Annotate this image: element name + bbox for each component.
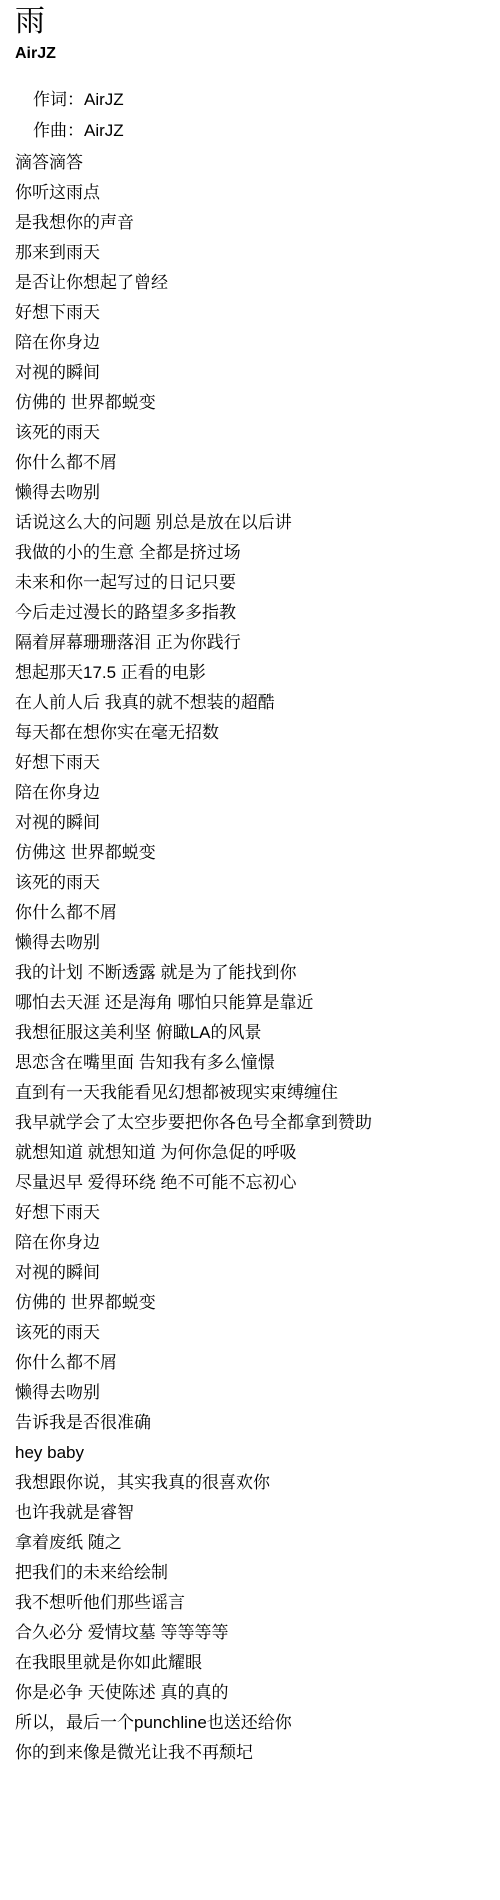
lyric-line: 隔着屏幕珊珊落泪 正为你践行 [15, 628, 490, 658]
lyric-line: 你什么都不屑 [15, 448, 490, 478]
lyric-line: 对视的瞬间 [15, 358, 490, 388]
artist-name: AirJZ [15, 44, 490, 64]
lyric-line: 也许我就是睿智 [15, 1498, 490, 1528]
lyric-line: 把我们的未来给绘制 [15, 1558, 490, 1588]
lyric-line: 好想下雨天 [15, 1198, 490, 1228]
lyric-line: 仿佛的 世界都蜕变 [15, 388, 490, 418]
lyric-line: 就想知道 就想知道 为何你急促的呼吸 [15, 1138, 490, 1168]
lyric-line: 陪在你身边 [15, 1228, 490, 1258]
lyric-line: 对视的瞬间 [15, 1258, 490, 1288]
lyric-line: 仿佛的 世界都蜕变 [15, 1288, 490, 1318]
lyric-line: 懒得去吻别 [15, 478, 490, 508]
lyric-line: 每天都在想你实在毫无招数 [15, 718, 490, 748]
lyric-line: 懒得去吻别 [15, 1378, 490, 1408]
lyric-line: 是我想你的声音 [15, 208, 490, 238]
lyric-line: 该死的雨天 [15, 868, 490, 898]
lyric-line: 今后走过漫长的路望多多指教 [15, 598, 490, 628]
lyric-line: hey baby [15, 1438, 490, 1468]
lyric-line: 话说这么大的问题 别总是放在以后讲 [15, 508, 490, 538]
lyric-line: 合久必分 爱情坟墓 等等等等 [15, 1618, 490, 1648]
lyric-line: 我想跟你说，其实我真的很喜欢你 [15, 1468, 490, 1498]
lyric-line: 未来和你一起写过的日记只要 [15, 568, 490, 598]
lyric-line: 哪怕去天涯 还是海角 哪怕只能算是靠近 [15, 988, 490, 1018]
lyric-line: 拿着废纸 随之 [15, 1528, 490, 1558]
lyric-line: 该死的雨天 [15, 418, 490, 448]
lyrics-page: 雨 AirJZ 作词：AirJZ 作曲：AirJZ 滴答滴答你听这雨点是我想你的… [0, 0, 500, 1768]
lyric-line: 该死的雨天 [15, 1318, 490, 1348]
lyric-line: 想起那天17.5 正看的电影 [15, 658, 490, 688]
lyric-line: 我想征服这美利坚 俯瞰LA的风景 [15, 1018, 490, 1048]
credits-block: 作词：AirJZ 作曲：AirJZ [15, 84, 490, 146]
lyric-line: 懒得去吻别 [15, 928, 490, 958]
lyricist-credit: 作词：AirJZ [15, 84, 490, 115]
lyric-line: 所以，最后一个punchline也送还给你 [15, 1708, 490, 1738]
lyric-line: 滴答滴答 [15, 148, 490, 178]
lyric-line: 你什么都不屑 [15, 898, 490, 928]
lyric-line: 你的到来像是微光让我不再颓圮 [15, 1738, 490, 1768]
lyric-line: 是否让你想起了曾经 [15, 268, 490, 298]
lyric-line: 我做的小的生意 全都是挤过场 [15, 538, 490, 568]
lyric-line: 思恋含在嘴里面 告知我有多么憧憬 [15, 1048, 490, 1078]
lyric-line: 在我眼里就是你如此耀眼 [15, 1648, 490, 1678]
lyric-line: 在人前人后 我真的就不想装的超酷 [15, 688, 490, 718]
lyric-line: 仿佛这 世界都蜕变 [15, 838, 490, 868]
lyric-line: 告诉我是否很准确 [15, 1408, 490, 1438]
lyric-line: 好想下雨天 [15, 748, 490, 778]
lyric-line: 你是必争 天使陈述 真的真的 [15, 1678, 490, 1708]
lyric-line: 我早就学会了太空步要把你各色号全都拿到赞助 [15, 1108, 490, 1138]
lyric-line: 你什么都不屑 [15, 1348, 490, 1378]
lyric-line: 直到有一天我能看见幻想都被现实束缚缠住 [15, 1078, 490, 1108]
composer-credit: 作曲：AirJZ [15, 115, 490, 146]
page-title: 雨 [15, 2, 490, 42]
lyrics-body: 滴答滴答你听这雨点是我想你的声音那来到雨天是否让你想起了曾经好想下雨天陪在你身边… [15, 148, 490, 1768]
lyric-line: 陪在你身边 [15, 778, 490, 808]
lyric-line: 尽量迟早 爱得环绕 绝不可能不忘初心 [15, 1168, 490, 1198]
lyric-line: 对视的瞬间 [15, 808, 490, 838]
lyric-line: 好想下雨天 [15, 298, 490, 328]
lyric-line: 那来到雨天 [15, 238, 490, 268]
lyric-line: 我的计划 不断透露 就是为了能找到你 [15, 958, 490, 988]
lyric-line: 你听这雨点 [15, 178, 490, 208]
lyric-line: 我不想听他们那些谣言 [15, 1588, 490, 1618]
lyric-line: 陪在你身边 [15, 328, 490, 358]
